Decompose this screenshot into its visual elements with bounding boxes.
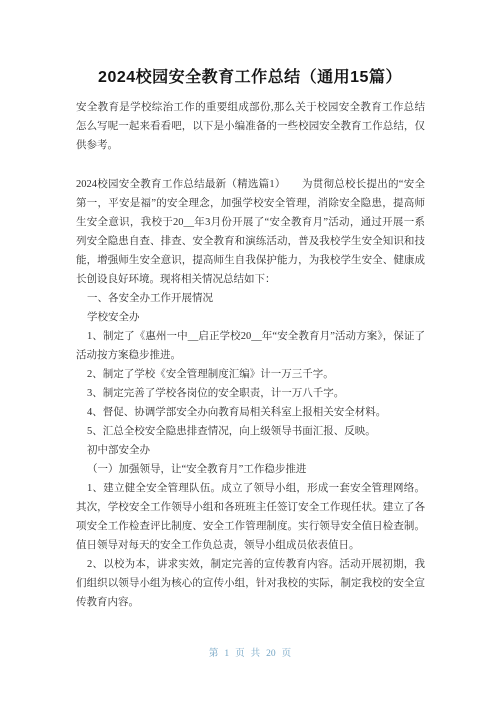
- section-heading: 初中部安全办: [76, 441, 425, 460]
- footer-label-mid2: 共: [251, 645, 261, 659]
- document-page: 2024校园安全教育工作总结（通用15篇） 安全教育是学校综治工作的重要组成部份…: [0, 0, 500, 707]
- list-item: 5、汇总全校安全隐患排查情况，向上级领导书面汇报、反映。: [76, 422, 425, 441]
- paragraph-intro: 安全教育是学校综治工作的重要组成部份,那么关于校园安全教育工作总结怎么写呢一起来…: [76, 98, 425, 155]
- section-heading: 学校安全办: [76, 308, 425, 327]
- footer-label-prefix: 第: [209, 645, 219, 659]
- paragraph-main: 2024校园安全教育工作总结最新（精选篇1） 为贯彻总校长提出的“安全第一，平安…: [76, 175, 425, 289]
- section-heading: （一）加强领导，让“安全教育月”工作稳步推进: [76, 460, 425, 479]
- footer-total-pages: 20: [266, 649, 276, 659]
- footer-label-mid1: 页: [235, 645, 245, 659]
- list-item: 2、制定了学校《安全管理制度汇编》计一万三千字。: [76, 365, 425, 384]
- list-item: 1、制定了《惠州一中__启正学校20__年“安全教育月”活动方案》，保证了活动按…: [76, 327, 425, 365]
- document-body: 安全教育是学校综治工作的重要组成部份,那么关于校园安全教育工作总结怎么写呢一起来…: [76, 98, 425, 612]
- list-item: 2、以校为本，讲求实效，制定完善的宣传教育内容。活动开展初期，我们组织以领导小组…: [76, 555, 425, 612]
- footer-current-page: 1: [224, 649, 229, 659]
- list-item: 4、督促、协调学部安全办向教育局相关科室上报相关安全材料。: [76, 403, 425, 422]
- section-heading: 一、各安全办工作开展情况: [76, 289, 425, 308]
- list-item: 3、制定完善了学校各岗位的安全职责，计一万八千字。: [76, 384, 425, 403]
- document-title: 2024校园安全教育工作总结（通用15篇）: [40, 68, 460, 88]
- footer-label-suffix: 页: [282, 645, 292, 659]
- list-item: 1、建立健全安全管理队伍。成立了领导小组，形成一套安全管理网络。其次，学校安全工…: [76, 479, 425, 555]
- page-number-indicator: 第 1 页 共 20 页: [0, 645, 500, 659]
